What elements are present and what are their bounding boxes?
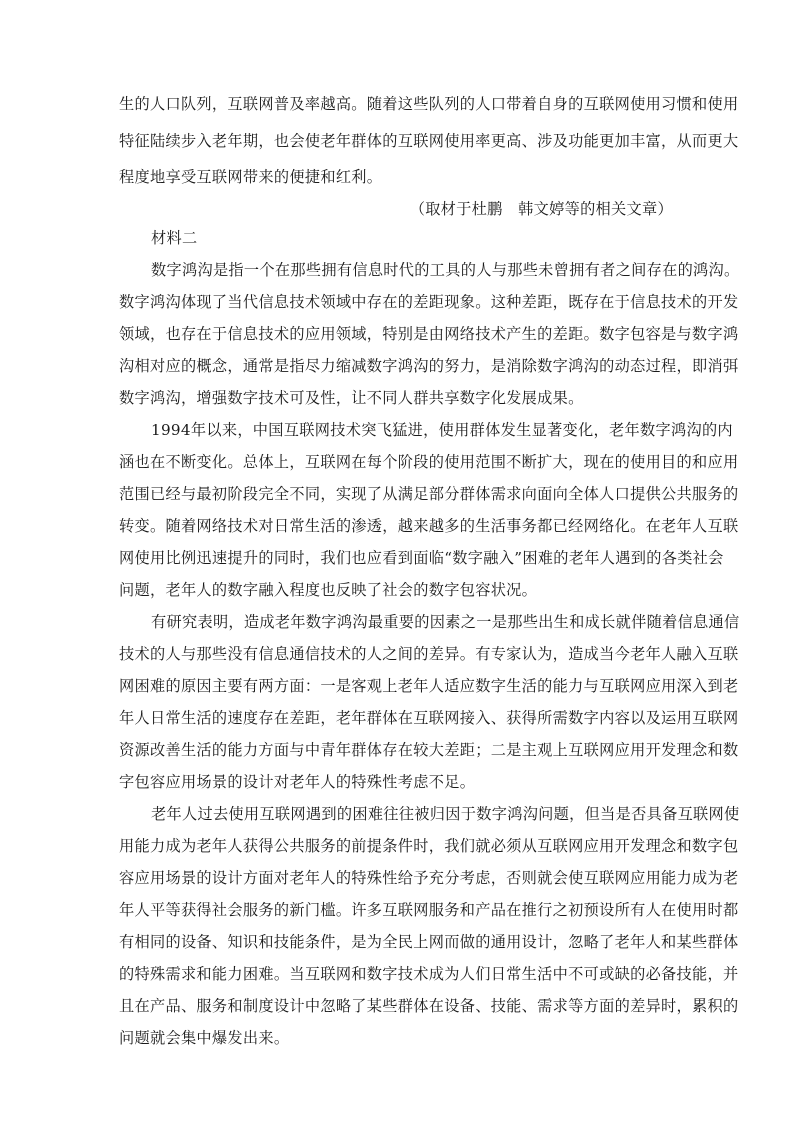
text-line: 技术的人与那些没有信息通信技术的人之间的差异。有专家认为，造成当今老年人融入互联 (119, 638, 673, 670)
text-line: 用能力成为老年人获得公共服务的前提条件时，我们就必须从互联网应用开发理念和数字包 (119, 830, 673, 862)
source-citation: （取材于杜鹏 韩文婷等的相关文章） (119, 193, 673, 225)
text-line: 问题，老年人的数字融入程度也反映了社会的数字包容状况。 (119, 574, 673, 606)
text-line: 网使用比例迅速提升的同时，我们也应看到面临“数字融入”困难的老年人遇到的各类社会 (119, 542, 673, 574)
text-line: 特征陆续步入老年期，也会使老年群体的互联网使用率更高、涉及功能更加丰富，从而更大 (119, 125, 673, 157)
text-line: 年人日常生活的速度存在差距，老年群体在互联网接入、获得所需数字内容以及运用互联网 (119, 702, 673, 734)
paragraph-first-line: 数字鸿沟是指一个在那些拥有信息时代的工具的人与那些未曾拥有者之间存在的鸿沟。 (151, 254, 673, 286)
section-heading: 材料二 (151, 222, 351, 254)
text-line: 字包容应用场景的设计对老年人的特殊性考虑不足。 (119, 766, 673, 798)
text-line: 问题就会集中爆发出来。 (119, 1022, 673, 1054)
text-line: 数字鸿沟，增强数字技术可及性，让不同人群共享数字化发展成果。 (119, 382, 673, 414)
paragraph-first-line: 有研究表明，造成老年数字鸿沟最重要的因素之一是那些出生和成长就伴随着信息通信 (151, 606, 673, 638)
text-line: 年人平等获得社会服务的新门槛。许多互联网服务和产品在推行之初预设所有人在使用时都 (119, 894, 673, 926)
text-line: 且在产品、服务和制度设计中忽略了某些群体在设备、技能、需求等方面的差异时，累积的 (119, 990, 673, 1022)
text-line: 转变。随着网络技术对日常生活的渗透，越来越多的生活事务都已经网络化。在老年人互联 (119, 510, 673, 542)
text-line: 有相同的设备、知识和技能条件，是为全民上网而做的通用设计，忽略了老年人和某些群体 (119, 926, 673, 958)
text-line: 资源改善生活的能力方面与中青年群体存在较大差距；二是主观上互联网应用开发理念和数 (119, 734, 673, 766)
document-page: 生的人口队列，互联网普及率越高。随着这些队列的人口带着自身的互联网使用习惯和使用… (0, 0, 793, 1122)
text-line: 沟相对应的概念，通常是指尽力缩减数字鸿沟的努力，是消除数字鸿沟的动态过程，即消弭 (119, 350, 673, 382)
paragraph-first-line: 老年人过去使用互联网遇到的困难往往被归因于数字鸿沟问题，但当是否具备互联网使 (151, 798, 673, 830)
text-line: 涵也在不断变化。总体上，互联网在每个阶段的使用范围不断扩大，现在的使用目的和应用 (119, 446, 673, 478)
text-line: 容应用场景的设计方面对老年人的特殊性给予充分考虑，否则就会使互联网应用能力成为老 (119, 862, 673, 894)
text-line: 网困难的原因主要有两方面：一是客观上老年人适应数字生活的能力与互联网应用深入到老 (119, 670, 673, 702)
paragraph-first-line: 1994年以来，中国互联网技术突飞猛进，使用群体发生显著变化，老年数字鸿沟的内 (151, 414, 673, 446)
text-line: 生的人口队列，互联网普及率越高。随着这些队列的人口带着自身的互联网使用习惯和使用 (119, 88, 673, 120)
text-line: 程度地享受互联网带来的便捷和红利。 (119, 161, 673, 193)
text-line: 数字鸿沟体现了当代信息技术领域中存在的差距现象。这种差距，既存在于信息技术的开发 (119, 286, 673, 318)
text-line: 领域，也存在于信息技术的应用领域，特别是由网络技术产生的差距。数字包容是与数字鸿 (119, 318, 673, 350)
text-line: 范围已经与最初阶段完全不同，实现了从满足部分群体需求向面向全体人口提供公共服务的 (119, 478, 673, 510)
text-line: 的特殊需求和能力困难。当互联网和数字技术成为人们日常生活中不可或缺的必备技能，并 (119, 958, 673, 990)
